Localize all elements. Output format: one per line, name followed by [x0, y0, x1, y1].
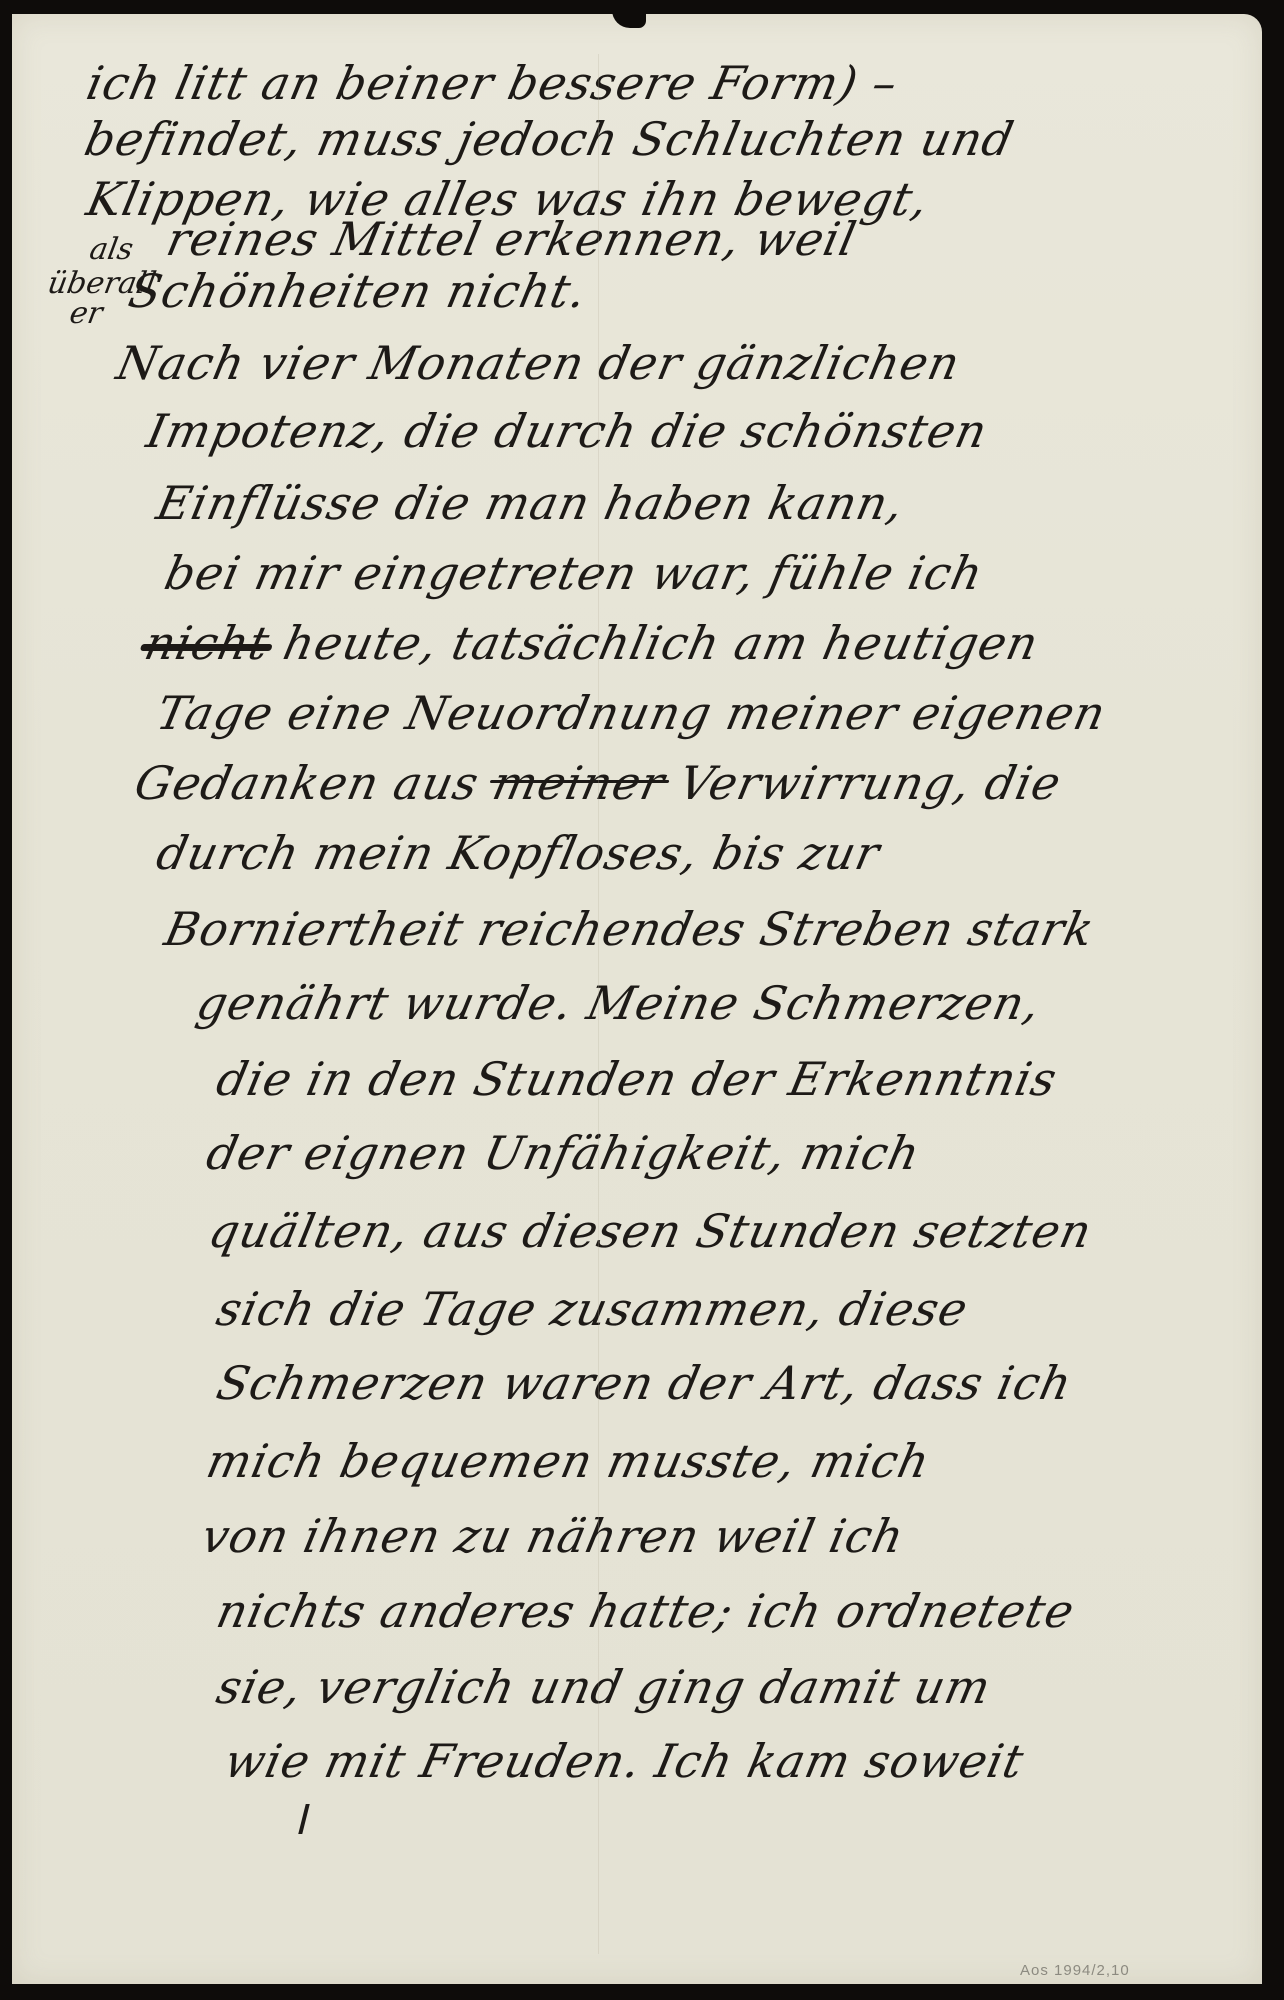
handwritten-line-7: Impotenz, die durch die schönsten [142, 404, 993, 458]
margin-annotation-als: als [87, 232, 136, 267]
handwritten-line-16: die in den Stunden der Erkenntnis [212, 1052, 1062, 1106]
handwritten-line-11: Tage eine Neuordnung meiner eigenen [152, 686, 1111, 740]
handwritten-line-17: der eignen Unfähigkeit, mich [202, 1126, 925, 1180]
handwritten-line-25: wie mit Freuden. Ich kam soweit [220, 1734, 1029, 1788]
archive-catalog-number: Aos 1994/2,10 [1020, 1962, 1130, 1979]
handwritten-line-8: Einflüsse die man haben kann, [152, 476, 909, 530]
handwritten-line-19: sich die Tage zusammen, diese [212, 1282, 973, 1336]
handwritten-line-24: sie, verglich und ging damit um [212, 1660, 996, 1714]
handwritten-line-20: Schmerzen waren der Art, dass ich [212, 1356, 1077, 1410]
handwritten-line-5: Schönheiten nicht. [124, 264, 592, 318]
handwritten-line-6: Nach vier Monaten der gänzlichen [112, 336, 965, 390]
struck-word: nicht [140, 616, 275, 670]
ink-stroke-mark [298, 1804, 309, 1834]
handwritten-line-13: durch mein Kopfloses, bis zur [152, 826, 885, 880]
handwritten-line-21: mich bequemen musste, mich [202, 1434, 935, 1488]
handwritten-line-4: reines Mittel erkennen, weil [162, 212, 861, 266]
line-text: heute, tatsächlich am heutigen [279, 616, 1044, 670]
manuscript-page: ich litt an beiner bessere Form) – befin… [12, 14, 1262, 1984]
line-text-before: Gedanken aus [130, 756, 484, 810]
margin-annotation-er: er [67, 296, 105, 331]
handwritten-line-9: bei mir eingetreten war, fühle ich [160, 546, 988, 600]
handwritten-line-10: nicht heute, tatsächlich am heutigen [140, 616, 1044, 670]
struck-word: meiner [488, 756, 670, 810]
handwritten-line-14: Borniertheit reichendes Streben stark [160, 902, 1099, 956]
handwritten-line-18: quälten, aus diesen Stunden setzten [204, 1204, 1097, 1258]
line-text: Verwirrung, die [674, 756, 1066, 810]
handwritten-line-23: nichts anderes hatte; ich ordnetete [212, 1584, 1080, 1638]
handwritten-line-1: ich litt an beiner bessere Form) – [82, 56, 903, 110]
handwritten-line-12: Gedanken aus meiner Verwirrung, die [130, 756, 1066, 810]
handwritten-line-15: genährt wurde. Meine Schmerzen, [192, 976, 1046, 1030]
handwritten-line-2: befindet, muss jedoch Schluchten und [80, 112, 1019, 166]
handwritten-line-22: von ihnen zu nähren weil ich [197, 1509, 909, 1563]
